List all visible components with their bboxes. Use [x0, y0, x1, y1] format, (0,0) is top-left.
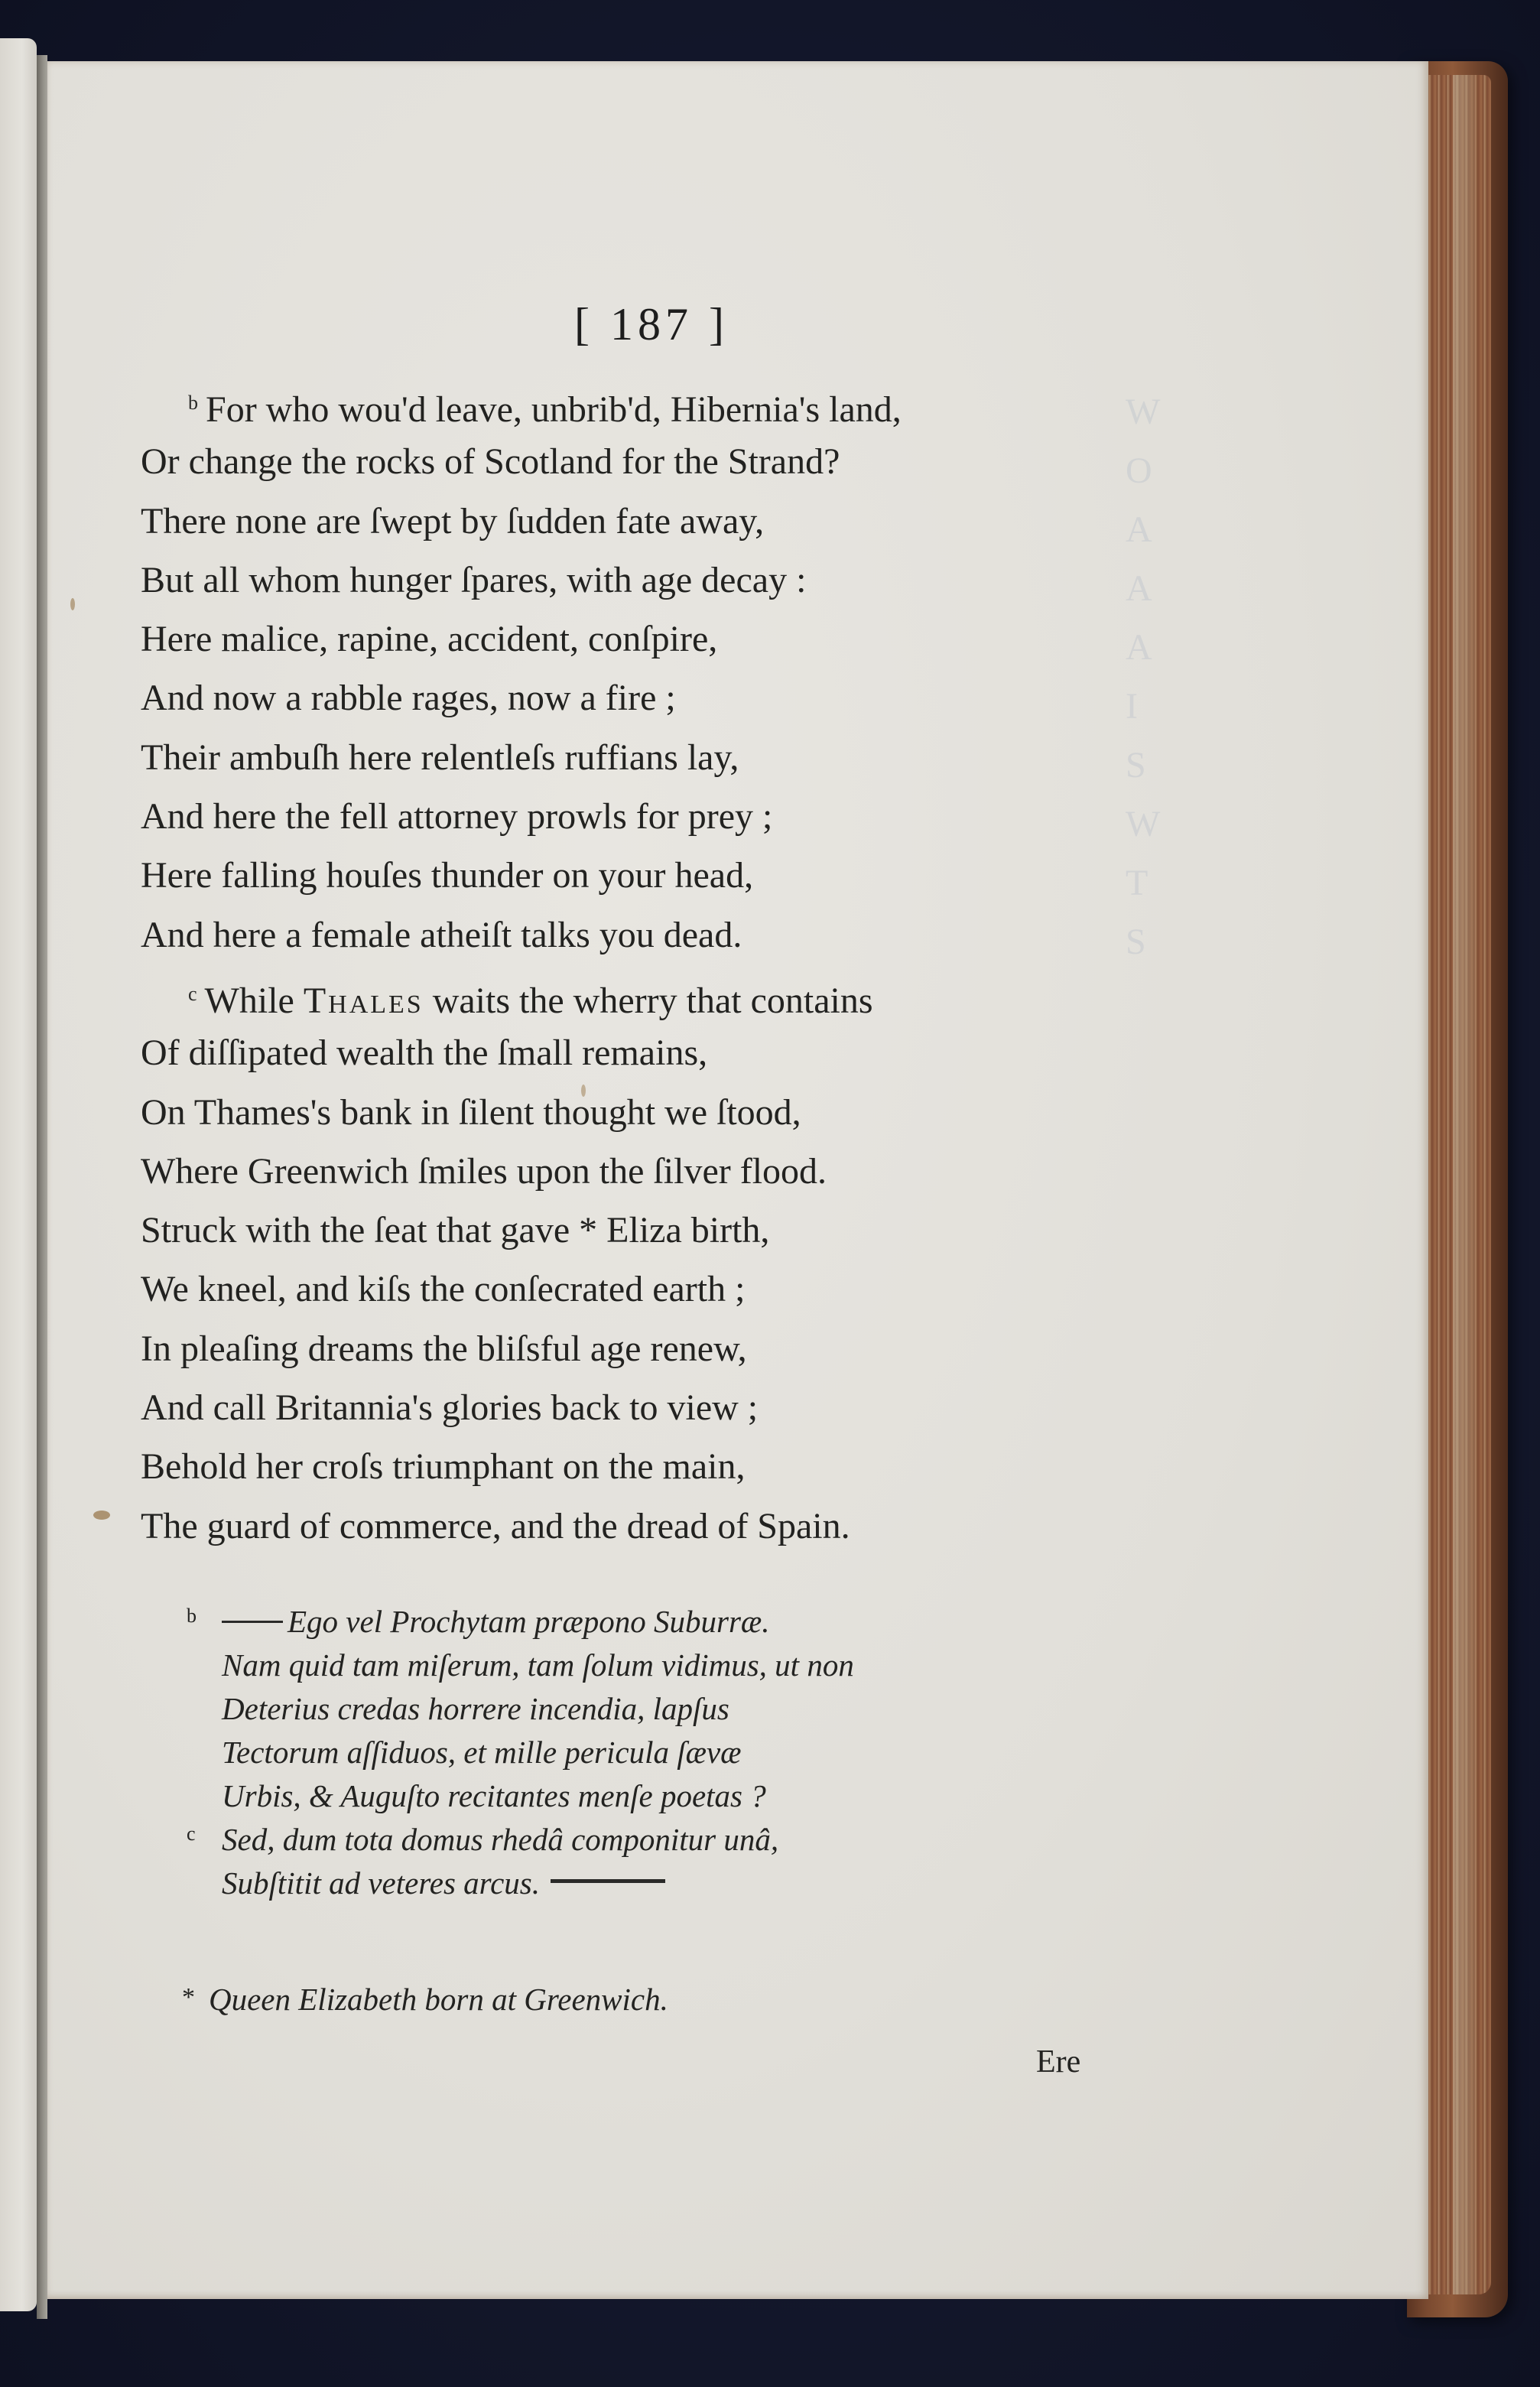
- book-page: WOAAAISWTS [ 187 ] bFor who wou'd leave,…: [47, 61, 1428, 2299]
- footnote-line: Urbis, & Auguſto recitantes menſe poetas…: [177, 1774, 1171, 1818]
- poem-line: cWhile Thales waits the wherry that cont…: [141, 964, 1211, 1023]
- character-name: Thales: [304, 980, 424, 1021]
- footnote-marker: c: [187, 1812, 196, 1855]
- em-dash-rule: [222, 1621, 283, 1623]
- poem-line: The guard of commerce, and the dread of …: [141, 1497, 1211, 1556]
- poem-line: Where Greenwich ſmiles upon the ſilver f…: [141, 1142, 1211, 1201]
- poem-line: Struck with the ſeat that gave * Eliza b…: [141, 1201, 1211, 1260]
- footnote-marker: b: [187, 1594, 197, 1637]
- paper-stain: [70, 598, 75, 610]
- poem-line: Their ambuſh here relentleſs ruffians la…: [141, 728, 1211, 787]
- poem-line: Here falling houſes thunder on your head…: [141, 846, 1211, 905]
- previous-page-edge: [0, 38, 37, 2311]
- paper-stain: [581, 1085, 586, 1097]
- page-number: [ 187 ]: [537, 298, 766, 351]
- asterisk-footnote: *Queen Elizabeth born at Greenwich.: [182, 1981, 668, 2018]
- poem-line: Here malice, rapine, accident, conſpire,: [141, 610, 1211, 668]
- footnotes: bEgo vel Prochytam præpono Suburræ. Nam …: [177, 1600, 1171, 1905]
- book-gutter: [37, 55, 47, 2319]
- poem-line: And now a rabble rages, now a fire ;: [141, 668, 1211, 727]
- poem-line: We kneel, and kiſs the conſecrated earth…: [141, 1260, 1211, 1319]
- footnote-line: Subſtitit ad veteres arcus.: [177, 1862, 1171, 1905]
- poem-line: Or change the rocks of Scotland for the …: [141, 432, 1211, 491]
- footnote-line: cSed, dum tota domus rhedâ componitur un…: [177, 1818, 1171, 1862]
- asterisk-marker: *: [182, 1983, 195, 2011]
- poem-line: But all whom hunger ſpares, with age dec…: [141, 551, 1211, 610]
- poem-line: Of diſſipated wealth the ſmall remains,: [141, 1023, 1211, 1082]
- poem-line: Behold her croſs triumphant on the main,: [141, 1437, 1211, 1496]
- footnote-line: Tectorum aſſiduos, et mille pericula ſæv…: [177, 1731, 1171, 1774]
- poem-line: There none are ſwept by ſudden fate away…: [141, 492, 1211, 551]
- poem-line: And here the fell attorney prowls for pr…: [141, 787, 1211, 846]
- poem-line: On Thames's bank in ſilent thought we ſt…: [141, 1083, 1211, 1142]
- poem-line: And call Britannia's glories back to vie…: [141, 1378, 1211, 1437]
- paper-stain: [93, 1511, 110, 1520]
- footnote-marker: b: [188, 392, 198, 414]
- em-dash-rule: [551, 1879, 665, 1883]
- catchword: Ere: [1036, 2044, 1080, 2080]
- footnote-line: Nam quid tam miſerum, tam ſolum vidimus,…: [177, 1644, 1171, 1687]
- poem-line: In pleaſing dreams the bliſsful age rene…: [141, 1319, 1211, 1378]
- poem-body: bFor who wou'd leave, unbrib'd, Hibernia…: [141, 373, 1211, 1556]
- poem-line: And here a female atheiſt talks you dead…: [141, 906, 1211, 964]
- footnote-line: bEgo vel Prochytam præpono Suburræ.: [177, 1600, 1171, 1644]
- footnote-line: Deterius credas horrere incendia, lapſus: [177, 1687, 1171, 1731]
- page-edges: [1422, 75, 1491, 2294]
- poem-line: bFor who wou'd leave, unbrib'd, Hibernia…: [141, 373, 1211, 432]
- footnote-marker: c: [188, 983, 197, 1005]
